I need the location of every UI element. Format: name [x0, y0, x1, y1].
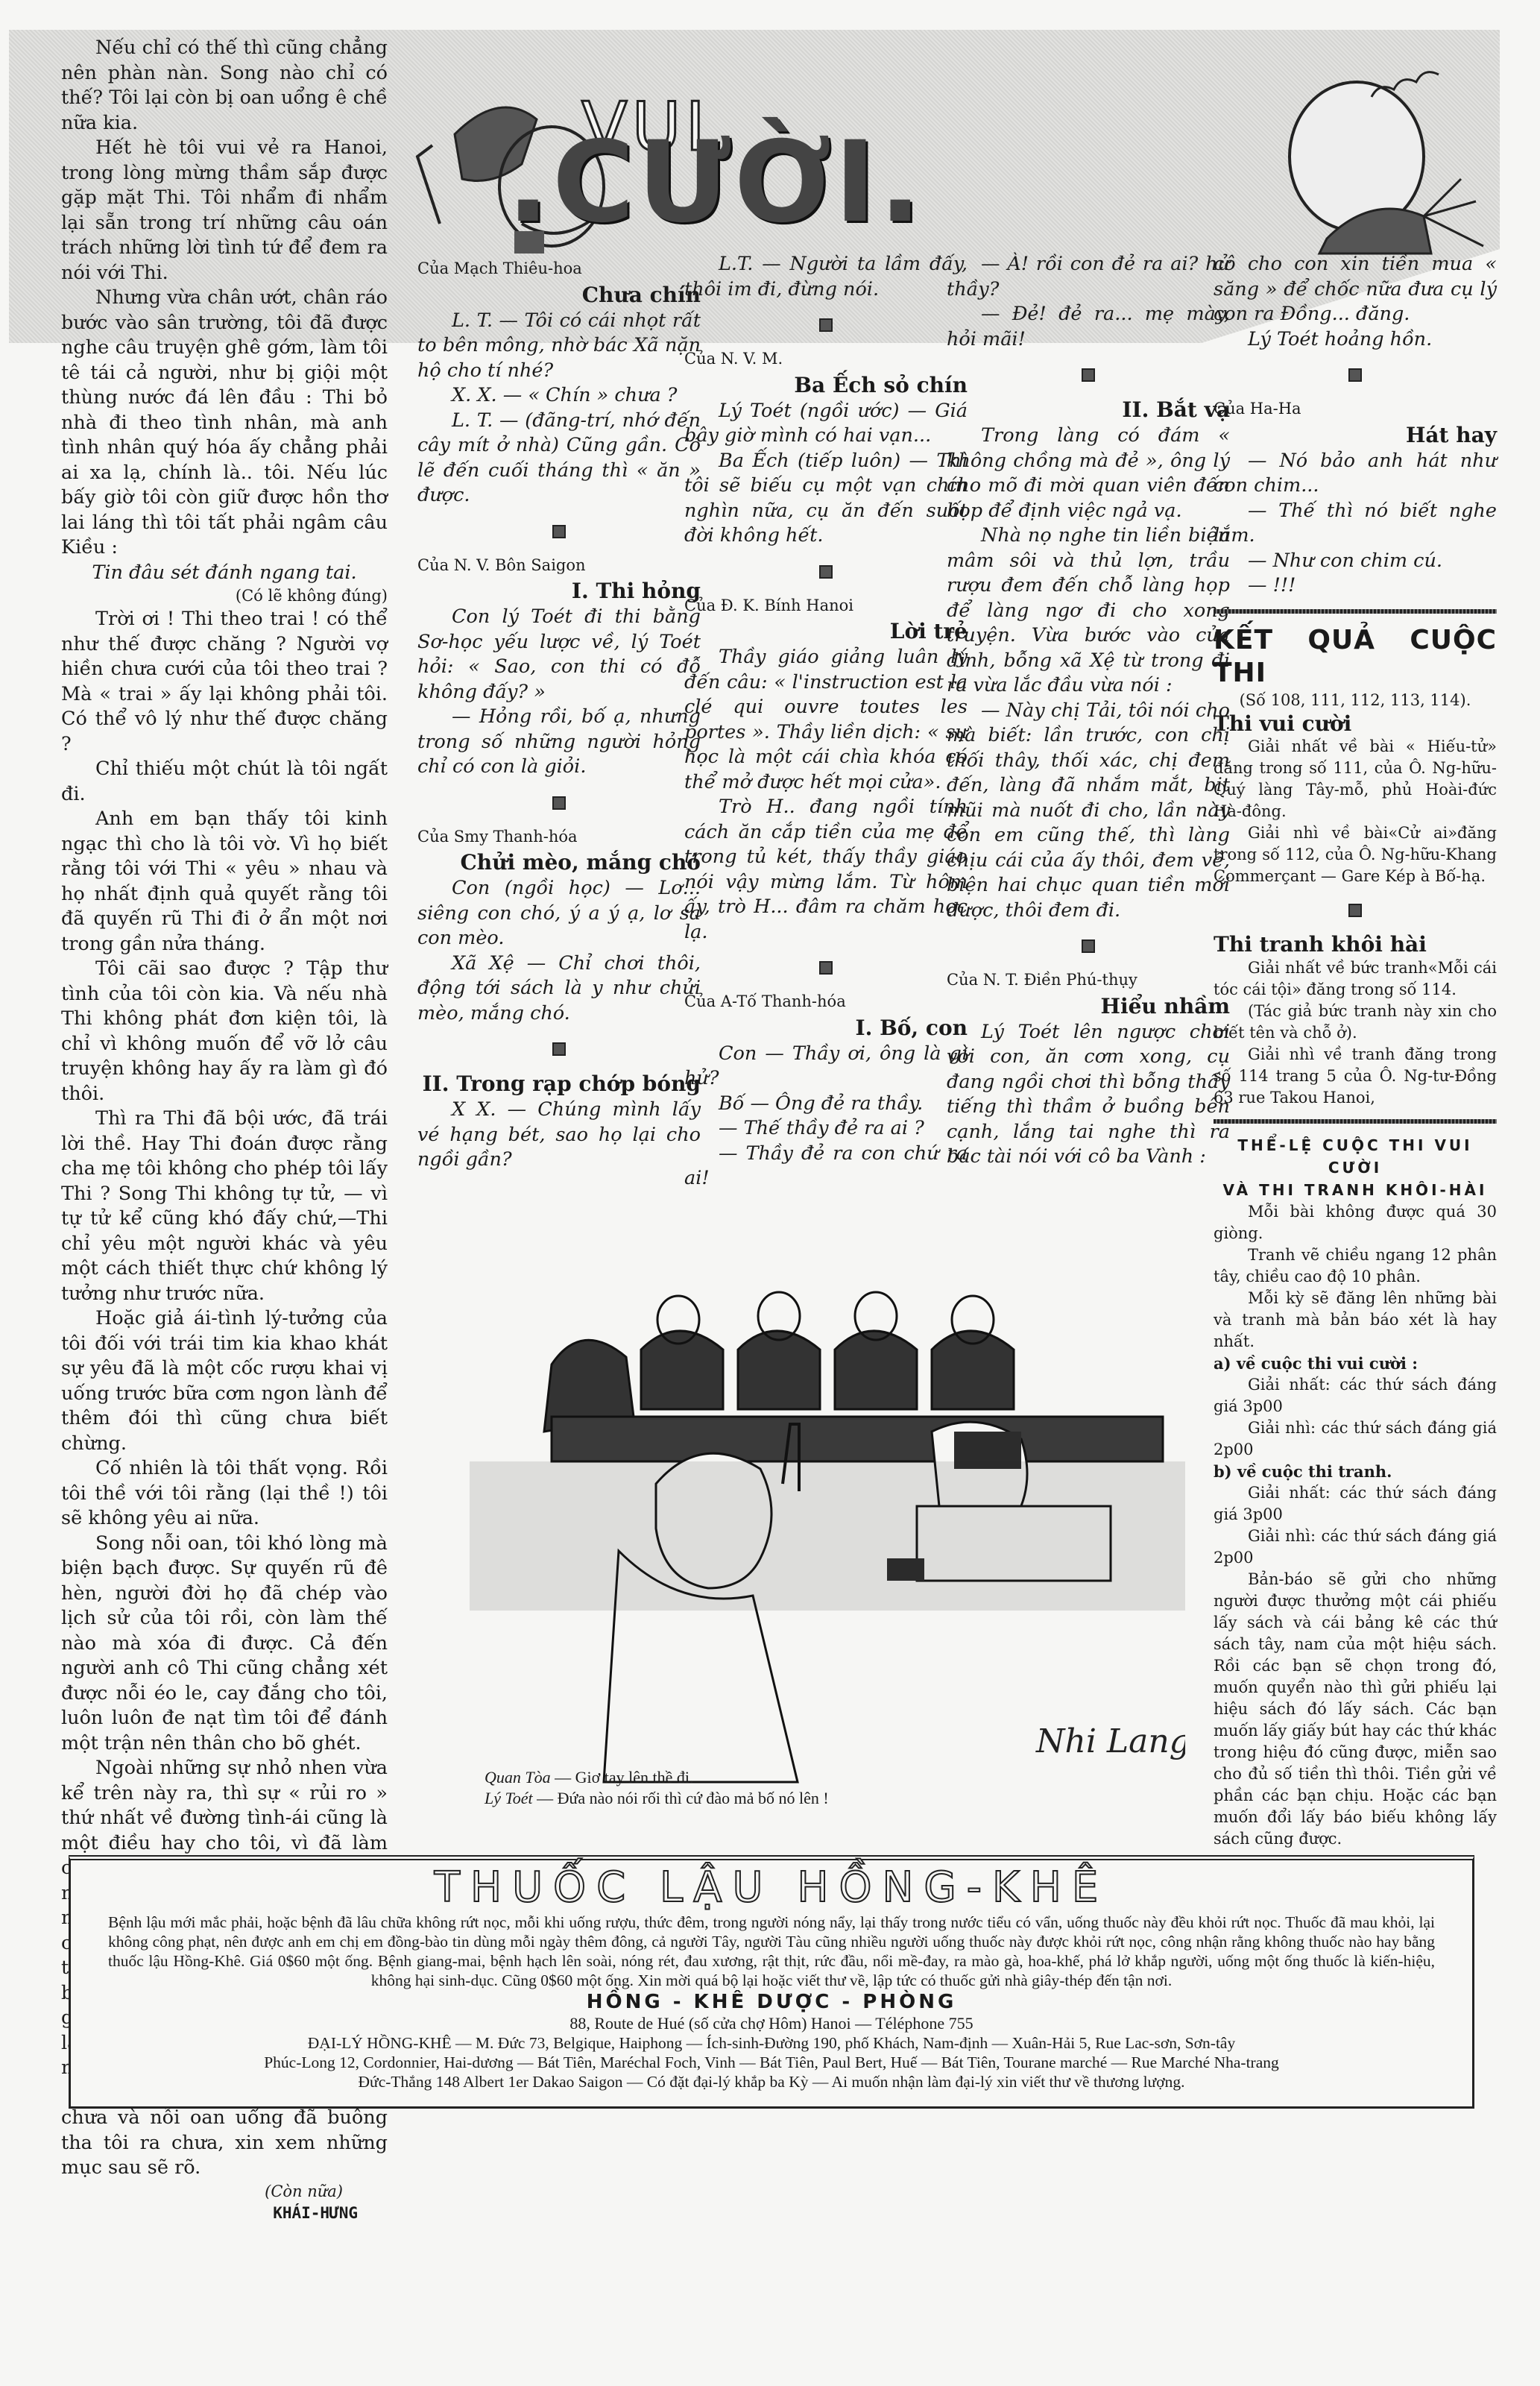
- story-paragraph: Tôi cãi sao được ? Tập thư tình của tôi …: [61, 957, 388, 1107]
- ornament-separator: [819, 565, 833, 579]
- joke-title: II. Bắt vạ: [947, 397, 1230, 424]
- story-paragraph: Hoặc giả ái-tình lý-tưởng của tôi đối vớ…: [61, 1306, 388, 1456]
- ad-agents-line: Đức-Thắng 148 Albert 1er Dakao Saigon — …: [101, 2072, 1442, 2091]
- ad-agents-line: ĐẠI-LÝ HỒNG-KHÊ — M. Đức 73, Belgique, H…: [101, 2033, 1442, 2053]
- ad-agents-line: Phúc-Long 12, Cordonnier, Hai-dương — Bá…: [101, 2053, 1442, 2072]
- ornament-separator: [1082, 939, 1095, 953]
- joke-line: Xã Xệ — Chỉ chơi thôi, động tới sách là …: [417, 951, 701, 1027]
- results-heading: KẾT QUẢ CUỘC THI: [1214, 624, 1497, 690]
- results-column: cô cho con xin tiền mua « săng » để chốc…: [1214, 252, 1497, 1850]
- story-paragraph: Trời ơi ! Thi theo trai ! có thể như thế…: [61, 607, 388, 757]
- rule-item: Mỗi bài không được quá 30 giòng.: [1214, 1201, 1497, 1244]
- vui-cuoi-heading: Thi vui cười: [1214, 711, 1497, 737]
- story-paragraph: Chỉ thiếu một chút là tôi ngất đi.: [61, 757, 388, 807]
- joke-line: Ba Ếch (tiếp luôn) — Thì tôi sẽ biếu cụ …: [684, 449, 968, 549]
- result-entry: Giải nhất về bài « Hiếu-tử» đăng trong s…: [1214, 736, 1497, 822]
- joke-title: Chưa chín: [417, 282, 701, 309]
- joke-byline: Của Smy Thanh-hóa: [417, 825, 701, 850]
- caption-line: Lý Toét — Đứa nào nói rối thì cứ đào mả …: [485, 1788, 1200, 1809]
- result-entry: Giải nhì về bài«Cử ai»đăng trong số 112,…: [1214, 822, 1497, 887]
- jokes-column-3: L.T. — Người ta lầm đấy, thôi im đi, đừn…: [684, 252, 968, 1192]
- cartoonist-signature: Nhi Lang: [1035, 1722, 1185, 1760]
- ornament-separator: [552, 525, 566, 538]
- joke-line: L. T. — Tôi có cái nhọt rất to bên mông,…: [417, 309, 701, 384]
- joke-line: — À! rồi con đẻ ra ai? hử thầy?: [947, 252, 1230, 302]
- rules-closing: Bản-báo sẽ gửi cho những người được thưở…: [1214, 1569, 1497, 1850]
- divider-rule: [1214, 1119, 1497, 1124]
- ornament-separator: [819, 318, 833, 332]
- joke-byline: Của N. V. Bôn Saigon: [417, 553, 701, 579]
- joke-line: — Như con chim cú.: [1214, 549, 1497, 574]
- joke-line: Con (ngồi học) — Lơ... siêng con chó, ý …: [417, 876, 701, 951]
- ornament-separator: [552, 1042, 566, 1056]
- masthead-title: .CƯỜI.: [507, 127, 924, 239]
- prize-line: Giải nhì: các thứ sách đáng giá 2p00: [1214, 1526, 1497, 1569]
- ornament-separator: [1082, 368, 1095, 382]
- story-paragraph: Anh em bạn thấy tôi kinh ngạc thì cho là…: [61, 807, 388, 957]
- story-paragraph: Thì ra Thi đã bội ước, đã trái lời thề. …: [61, 1107, 388, 1306]
- prize-line: Giải nhất: các thứ sách đáng giá 3p00: [1214, 1374, 1497, 1417]
- kieu-verse: Tin đâu sét đánh ngang tai.: [61, 561, 388, 586]
- joke-title: II. Trong rạp chớp bóng: [417, 1071, 701, 1098]
- verse-note: (Có lẽ không đúng): [61, 585, 388, 607]
- joke-line: Bố — Ông đẻ ra thầy.: [684, 1092, 968, 1117]
- ad-pharmacy-name: HỒNG - KHÊ DƯỢC - PHÒNG: [71, 1990, 1472, 2014]
- cartoon-caption: Quan Tòa — Giơ tay lên thề đi. Lý Toét —…: [485, 1767, 1200, 1809]
- ad-title: THUỐC LẬU HỒNG-KHÊ: [71, 1863, 1472, 1913]
- joke-line: L.T. — Người ta lầm đấy, thôi im đi, đừn…: [684, 252, 968, 302]
- caption-text: — Giơ tay lên thề đi.: [551, 1768, 694, 1787]
- continued-note: (Còn nữa): [61, 2181, 388, 2203]
- joke-line: — !!!: [1214, 573, 1497, 599]
- joke-title: Lời trẻ: [684, 618, 968, 645]
- ad-address: 88, Route de Hué (số cửa chợ Hôm) Hanoi …: [71, 2014, 1472, 2033]
- results-issues: (Số 108, 111, 112, 113, 114).: [1214, 690, 1497, 711]
- joke-line: Con lý Toét đi thi bằng Sơ-học yếu lược …: [417, 605, 701, 705]
- joke-line: cô cho con xin tiền mua « săng » để chốc…: [1214, 252, 1497, 327]
- joke-line: Lý Toét lên ngược chơi với con, ăn cơm x…: [947, 1020, 1230, 1170]
- joke-title: Hát hay: [1214, 422, 1497, 449]
- courtroom-cartoon-illustration: Nhi Lang: [470, 1238, 1185, 1789]
- result-entry: Giải nhì về tranh đăng trong số 114 tran…: [1214, 1044, 1497, 1109]
- caption-speaker: Quan Tòa: [485, 1768, 551, 1787]
- joke-byline: Của N. V. M.: [684, 347, 968, 372]
- joke-line: Con — Thầy ơi, ông là gì hử?: [684, 1042, 968, 1092]
- joke-line: — Thế thì nó biết nghe lắm.: [1214, 499, 1497, 549]
- divider-rule: [1214, 609, 1497, 614]
- tranh-heading: Thi tranh khôi hài: [1214, 932, 1497, 957]
- joke-line: — Thầy đẻ ra con chứ ra ai!: [684, 1142, 968, 1192]
- rule-section-b: b) về cuộc thi tranh.: [1214, 1461, 1497, 1482]
- joke-title: I. Bố, con: [684, 1015, 968, 1042]
- joke-line: — Thế thầy đẻ ra ai ?: [684, 1116, 968, 1142]
- caption-text: — Đứa nào nói rối thì cứ đào mả bố nó lê…: [533, 1789, 829, 1807]
- joke-line: Trong làng có đám « không chồng mà đẻ »,…: [947, 424, 1230, 523]
- rule-section-a: a) về cuộc thi vui cười :: [1214, 1353, 1497, 1374]
- prize-line: Giải nhì: các thứ sách đáng giá 2p00: [1214, 1417, 1497, 1461]
- ornament-separator: [1348, 368, 1362, 382]
- jokes-column-2: Của Mạch Thiêu-hoa Chưa chín L. T. — Tôi…: [417, 252, 701, 1173]
- joke-line: Lý Toét hoảng hồn.: [1214, 327, 1497, 353]
- ornament-separator: [1348, 904, 1362, 917]
- rules-title-line2: VÀ THI TRANH KHÔI-HÀI: [1214, 1179, 1497, 1201]
- joke-byline: Của Mạch Thiêu-hoa: [417, 256, 701, 282]
- joke-title: Chửi mèo, mắng chó: [417, 849, 701, 876]
- joke-byline: Của Đ. K. Bính Hanoi: [684, 594, 968, 619]
- caption-speaker: Lý Toét: [485, 1789, 533, 1807]
- author-signature: KHÁI-HƯNG: [61, 2203, 388, 2224]
- ad-body: Bệnh lậu mới mắc phải, hoặc bệnh đã lâu …: [71, 1913, 1472, 1990]
- joke-title: I. Thi hỏng: [417, 578, 701, 605]
- rule-item: Tranh vẽ chiều ngang 12 phân tây, chiều …: [1214, 1244, 1497, 1288]
- jokes-column-4: — À! rồi con đẻ ra ai? hử thầy? — Đẻ! đẻ…: [947, 252, 1230, 1170]
- story-paragraph: Nhưng vừa chân ướt, chân ráo bước vào sâ…: [61, 286, 388, 561]
- joke-title: Hiểu nhầm: [947, 993, 1230, 1020]
- rule-item: Mỗi kỳ sẽ đăng lên những bài và tranh mà…: [1214, 1288, 1497, 1353]
- masthead: VUI .CƯỜI.: [403, 30, 1521, 254]
- story-paragraph: Nếu chỉ có thế thì cũng chẳng nên phàn n…: [61, 36, 388, 136]
- result-note: (Tác giả bức tranh này xin cho biết tên …: [1214, 1001, 1497, 1044]
- joke-line: Lý Toét (ngồi ước) — Giá bây giờ mình có…: [684, 399, 968, 449]
- joke-byline: Của Ha-Ha: [1214, 397, 1497, 422]
- ornament-separator: [819, 961, 833, 975]
- hong-khe-advertisement: THUỐC LẬU HỒNG-KHÊ Bệnh lậu mới mắc phải…: [69, 1855, 1474, 2109]
- joke-line: L. T. — (đãng-trí, nhớ đến cây mít ở nhà…: [417, 409, 701, 509]
- joke-line: Thầy giáo giảng luân lý đến câu: « l'ins…: [684, 645, 968, 795]
- joke-byline: Của A-Tố Thanh-hóa: [684, 989, 968, 1015]
- joke-line: Nhà nọ nghe tin liền biện mâm sôi và thủ…: [947, 523, 1230, 699]
- joke-line: — Nó bảo anh hát như con chim...: [1214, 449, 1497, 499]
- story-paragraph: Song nỗi oan, tôi khó lòng mà biện bạch …: [61, 1532, 388, 1757]
- joke-title: Ba Ếch sỏ chín: [684, 372, 968, 399]
- rules-title-line1: THỂ-LỆ CUỘC THI VUI CƯỜI: [1214, 1134, 1497, 1179]
- prize-line: Giải nhất: các thứ sách đáng giá 3p00: [1214, 1482, 1497, 1526]
- joke-line: X X. — Chúng mình lấy vé hạng bét, sao h…: [417, 1098, 701, 1173]
- xa-xe-caricature-icon: [1237, 67, 1506, 261]
- joke-line: — Đẻ! đẻ ra... mẹ mày, hỏi mãi!: [947, 302, 1230, 352]
- story-paragraph: Cố nhiên là tôi thất vọng. Rồi tôi thề v…: [61, 1456, 388, 1532]
- result-entry: Giải nhất về bức tranh«Mỗi cái tóc cái t…: [1214, 957, 1497, 1001]
- caption-line: Quan Tòa — Giơ tay lên thề đi.: [485, 1767, 1200, 1788]
- joke-line: X. X. — « Chín » chưa ?: [417, 383, 701, 409]
- story-paragraph: Hết hè tôi vui vẻ ra Hanoi, trong lòng m…: [61, 136, 388, 286]
- joke-line: — Hỏng rồi, bố ạ, nhưng trong số những n…: [417, 705, 701, 780]
- ornament-separator: [552, 796, 566, 810]
- joke-line: — Này chị Tải, tôi nói cho mà biết: lần …: [947, 699, 1230, 924]
- joke-byline: Của N. T. Điền Phú-thụy: [947, 968, 1230, 993]
- newspaper-page: VUI .CƯỜI. Nếu chỉ có thế thì cũng chẳng…: [0, 0, 1540, 2386]
- ad-agents: ĐẠI-LÝ HỒNG-KHÊ — M. Đức 73, Belgique, H…: [71, 2033, 1472, 2091]
- joke-line: Trò H.. đang ngồi tính cách ăn cắp tiền …: [684, 795, 968, 945]
